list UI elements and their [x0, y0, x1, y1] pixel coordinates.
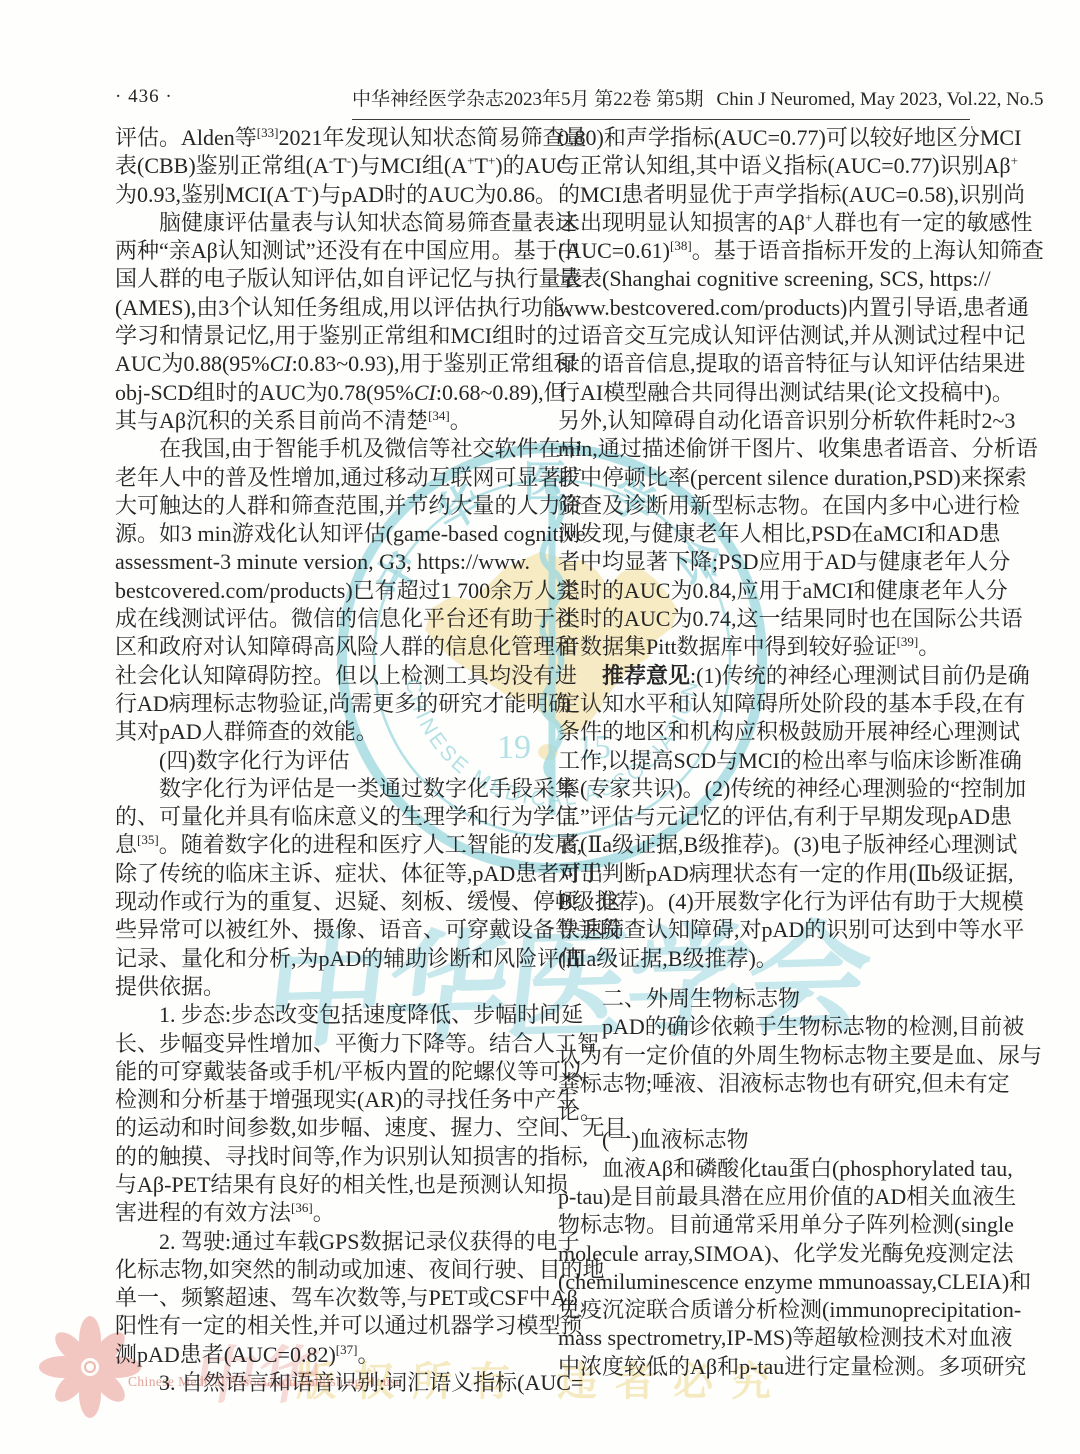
text-line: 二、外周生物标志物 — [558, 985, 973, 1013]
text-line: 筛查及诊断用新型标志物。在国内多中心进行检 — [558, 492, 973, 520]
text-line: 工作,以提高SCD与MCI的检出率与临床诊断准确 — [558, 747, 973, 775]
text-line: 未出现明显认知损害的Aβ+人群也有一定的敏感性 — [558, 209, 973, 237]
text-line: 快速筛查认知障碍,对pAD的识别可达到中等水平 — [558, 916, 973, 944]
text-line: 1. 步态:步态改变包括速度降低、步幅时间延 — [115, 1001, 530, 1029]
text-line: 者(Ⅱa级证据,B级推荐)。(3)电子版神经心理测试 — [558, 831, 973, 859]
reference-superscript: [33] — [257, 125, 279, 140]
text-line: 学习和情景记忆,用于鉴别正常组和MCI组时的 — [115, 322, 530, 350]
text-line: 3. 自然语言和语音识别:词汇语义指标(AUC= — [115, 1369, 530, 1397]
text-line: 数字化行为评估是一类通过数字化手段采集 — [115, 775, 530, 803]
text-line: 段中停顿比率(percent silence duration,PSD)来探索 — [558, 464, 973, 492]
text-line: 大可触达的人群和筛查范围,并节约大量的人力资 — [115, 492, 530, 520]
text-line: 行AD病理标志物验证,尚需更多的研究才能明确 — [115, 690, 530, 718]
text-line: bestcovered.com/products)已有超过1 700余万人完 — [115, 577, 530, 605]
text-line: 在我国,由于智能手机及微信等社交软件在中 — [115, 435, 530, 463]
reference-superscript: [36] — [291, 1200, 313, 1215]
reference-superscript: + — [488, 153, 495, 168]
text-line: 些异常可以被红外、摄像、语音、可穿戴设备等手段 — [115, 916, 530, 944]
journal-title: 中华神经医学杂志2023年5月 第22卷 第5期Chin J Neuromed,… — [352, 84, 970, 120]
reference-superscript: [39] — [897, 634, 919, 649]
text-line: 的MCI患者明显优于声学指标(AUC=0.58),识别尚 — [558, 181, 973, 209]
text-line: 记录、量化和分析,为pAD的辅助诊断和风险评估 — [115, 945, 530, 973]
text-line: (AUC=0.61)[38]。基于语音指标开发的上海认知筛查 — [558, 237, 973, 265]
text-line: 免疫沉淀联合质谱分析检测(immunoprecipitation- — [558, 1296, 973, 1324]
reference-superscript: + — [805, 210, 812, 225]
text-line: (AMES),由3个认知任务组成,用以评估执行功能、 — [115, 294, 530, 322]
text-line: www.bestcovered.com/products)内置引导语,患者通 — [558, 294, 973, 322]
text-line: assessment-3 minute version, G3, https:/… — [115, 548, 530, 576]
left-column: 评估。Alden等[33]2021年发现认知状态简易筛查量表(CBB)鉴别正常组… — [115, 124, 530, 1397]
text-line: p-tau)是目前最具潜在应用价值的AD相关血液生 — [558, 1183, 973, 1211]
right-column: 0.80)和声学指标(AUC=0.77)可以较好地区分MCI与正常认知组,其中语… — [558, 124, 973, 1381]
text-line: 检测和分析基于增强现实(AR)的寻找任务中产生 — [115, 1086, 530, 1114]
text-line: 评估。Alden等[33]2021年发现认知状态简易筛查量 — [115, 124, 530, 152]
journal-title-en: Chin J Neuromed, May 2023, Vol.22, No.5 — [717, 89, 1044, 110]
text-line: 表(CBB)鉴别正常组(A-T-)与MCI组(A+T+)的AUC — [115, 152, 530, 180]
journal-title-cn: 中华神经医学杂志2023年5月 第22卷 第5期 — [352, 89, 704, 110]
text-line: 测pAD患者(AUC=0.82)[37]。 — [115, 1341, 530, 1369]
text-line: 2. 驾驶:通过车载GPS数据记录仪获得的电子 — [115, 1228, 530, 1256]
text-line: 对于判断pAD病理状态有一定的作用(Ⅱb级证据, — [558, 860, 973, 888]
text-line: 害进程的有效方法[36]。 — [115, 1199, 530, 1227]
text-line: 国人群的电子版认知评估,如自评记忆与执行量表 — [115, 265, 530, 293]
text-line: 另外,认知障碍自动化语音识别分析软件耗时2~3 — [558, 407, 973, 435]
page-number: · 436 · — [115, 86, 173, 108]
text-line: 0.80)和声学指标(AUC=0.77)可以较好地区分MCI — [558, 124, 973, 152]
text-line: 行AI模型融合共同得出测试结果(论文投稿中)。 — [558, 379, 973, 407]
reference-superscript: - — [329, 153, 333, 168]
text-line: (四)数字化行为评估 — [115, 747, 530, 775]
text-line: 源。如3 min游戏化认知评估(game-based cognitive — [115, 520, 530, 548]
text-line: 录的语音信息,提取的语音特征与认知评估结果进 — [558, 350, 973, 378]
text-line: 论。 — [558, 1098, 973, 1126]
text-line: 定认知水平和认知障碍所处阶段的基本手段,在有 — [558, 690, 973, 718]
text-line: obj-SCD组时的AUC为0.78(95%CI:0.68~0.89),但 — [115, 379, 530, 407]
reference-superscript: [34] — [428, 408, 450, 423]
text-line: 其与Aβ沉积的关系目前尚不清楚[34]。 — [115, 407, 530, 435]
text-line: 化标志物,如突然的制动或加速、夜间行驶、目的地 — [115, 1256, 530, 1284]
emphasis-text: 推荐意见 — [602, 663, 690, 688]
emphasis-text: CI — [414, 380, 436, 405]
text-line: 类时的AUC为0.84,应用于aMCI和健康老年人分 — [558, 577, 973, 605]
text-line: 测发现,与健康老年人相比,PSD在aMCI和AD患 — [558, 520, 973, 548]
page: 中 华 医 学 会 CHINESE MEDICAL ASSOCIATION 19… — [0, 0, 1080, 1454]
text-line: (chemiluminescence enzyme mmunoassay,CLE… — [558, 1268, 973, 1296]
text-line: 与正常认知组,其中语义指标(AUC=0.77)识别Aβ+ — [558, 152, 973, 180]
text-line: 其对pAD人群筛查的效能。 — [115, 718, 530, 746]
text-line: 为0.93,鉴别MCI(A-T-)与pAD时的AUC为0.86。 — [115, 181, 530, 209]
text-line: 的运动和时间参数,如步幅、速度、握力、空间、无目 — [115, 1114, 530, 1142]
text-line: 成在线测试评估。微信的信息化平台还有助于社 — [115, 605, 530, 633]
reference-superscript: - — [347, 153, 351, 168]
text-line: 老年人中的普及性增加,通过移动互联网可显著扩 — [115, 464, 530, 492]
text-line: 条件的地区和机构应积极鼓励开展神经心理测试 — [558, 718, 973, 746]
text-line: 能的可穿戴装备或手机/平板内置的陀螺仪等可以 — [115, 1058, 530, 1086]
text-line: pAD的确诊依赖于生物标志物的检测,目前被 — [558, 1013, 973, 1041]
text-line: 量表(Shanghai cognitive screening, SCS, ht… — [558, 265, 973, 293]
reference-superscript: - — [290, 182, 294, 197]
text-line: 认为有一定价值的外周生物标志物主要是血、尿与 — [558, 1042, 973, 1070]
text-line: (Ⅲa级证据,B级推荐)。 — [558, 945, 973, 973]
text-line: AUC为0.88(95%CI:0.83~0.93),用于鉴别正常组和 — [115, 350, 530, 378]
text-line: 过语音交互完成认知评估测试,并从测试过程中记 — [558, 322, 973, 350]
reference-superscript: [35] — [137, 832, 159, 847]
page-header: · 436 · 中华神经医学杂志2023年5月 第22卷 第5期Chin J N… — [0, 84, 1080, 120]
text-line: 音数据集Pitt数据库中得到较好验证[39]。 — [558, 633, 973, 661]
text-line: 脑健康评估量表与认知状态简易筛查量表这 — [115, 209, 530, 237]
text-line: mass spectrometry,IP-MS)等超敏检测技术对血液 — [558, 1324, 973, 1352]
reference-superscript: [38] — [670, 238, 692, 253]
text-line: (一)血液标志物 — [558, 1126, 973, 1154]
text-line: 中浓度较低的Aβ和p-tau进行定量检测。多项研究 — [558, 1353, 973, 1381]
text-line: min,通过描述偷饼干图片、收集患者语音、分析语 — [558, 435, 973, 463]
text-line: 率(专家共识)。(2)传统的神经心理测验的“控制加 — [558, 775, 973, 803]
text-line: 工”评估与元记忆的评估,有利于早期发现pAD患 — [558, 803, 973, 831]
text-line: 社会化认知障碍防控。但以上检测工具均没有进 — [115, 662, 530, 690]
text-line: molecule array,SIMOA)、化学发光酶免疫测定法 — [558, 1240, 973, 1268]
text-line: 现动作或行为的重复、迟疑、刻板、缓慢、停顿。这 — [115, 888, 530, 916]
reference-superscript: [37] — [336, 1342, 358, 1357]
text-line: 者中均显著下降;PSD应用于AD与健康老年人分 — [558, 548, 973, 576]
text-line: 粪标志物;唾液、泪液标志物也有研究,但未有定 — [558, 1070, 973, 1098]
reference-superscript: - — [308, 182, 312, 197]
text-line: 长、步幅变异性增加、平衡力下降等。结合人工智 — [115, 1030, 530, 1058]
text-line: 息[35]。随着数字化的进程和医疗人工智能的发展, — [115, 831, 530, 859]
emphasis-text: CI — [270, 351, 292, 376]
reference-superscript: + — [1011, 153, 1018, 168]
text-line: 区和政府对认知障碍高风险人群的信息化管理和 — [115, 633, 530, 661]
text-line: 物标志物。目前通常采用单分子阵列检测(single — [558, 1211, 973, 1239]
reference-superscript: + — [467, 153, 474, 168]
text-line: 推荐意见:(1)传统的神经心理测试目前仍是确 — [558, 662, 973, 690]
text-line: 血液Aβ和磷酸化tau蛋白(phosphorylated tau, — [558, 1155, 973, 1183]
text-line: 提供依据。 — [115, 973, 530, 1001]
text-line: 类时的AUC为0.74,这一结果同时也在国际公共语 — [558, 605, 973, 633]
text-line: 两种“亲Aβ认知测试”还没有在中国应用。基于中 — [115, 237, 530, 265]
text-line: 阳性有一定的相关性,并可以通过机器学习模型预 — [115, 1312, 530, 1340]
text-line: 的、可量化并具有临床意义的生理学和行为学信 — [115, 803, 530, 831]
text-line: 单一、频繁超速、驾车次数等,与PET或CSF中Aβ — [115, 1284, 530, 1312]
text-line: B级推荐)。(4)开展数字化行为评估有助于大规模 — [558, 888, 973, 916]
text-line: 的的触摸、寻找时间等,作为识别认知损害的指标, — [115, 1143, 530, 1171]
text-line: 除了传统的临床主诉、症状、体征等,pAD患者可出 — [115, 860, 530, 888]
text-line: 与Aβ-PET结果有良好的相关性,也是预测认知损 — [115, 1171, 530, 1199]
